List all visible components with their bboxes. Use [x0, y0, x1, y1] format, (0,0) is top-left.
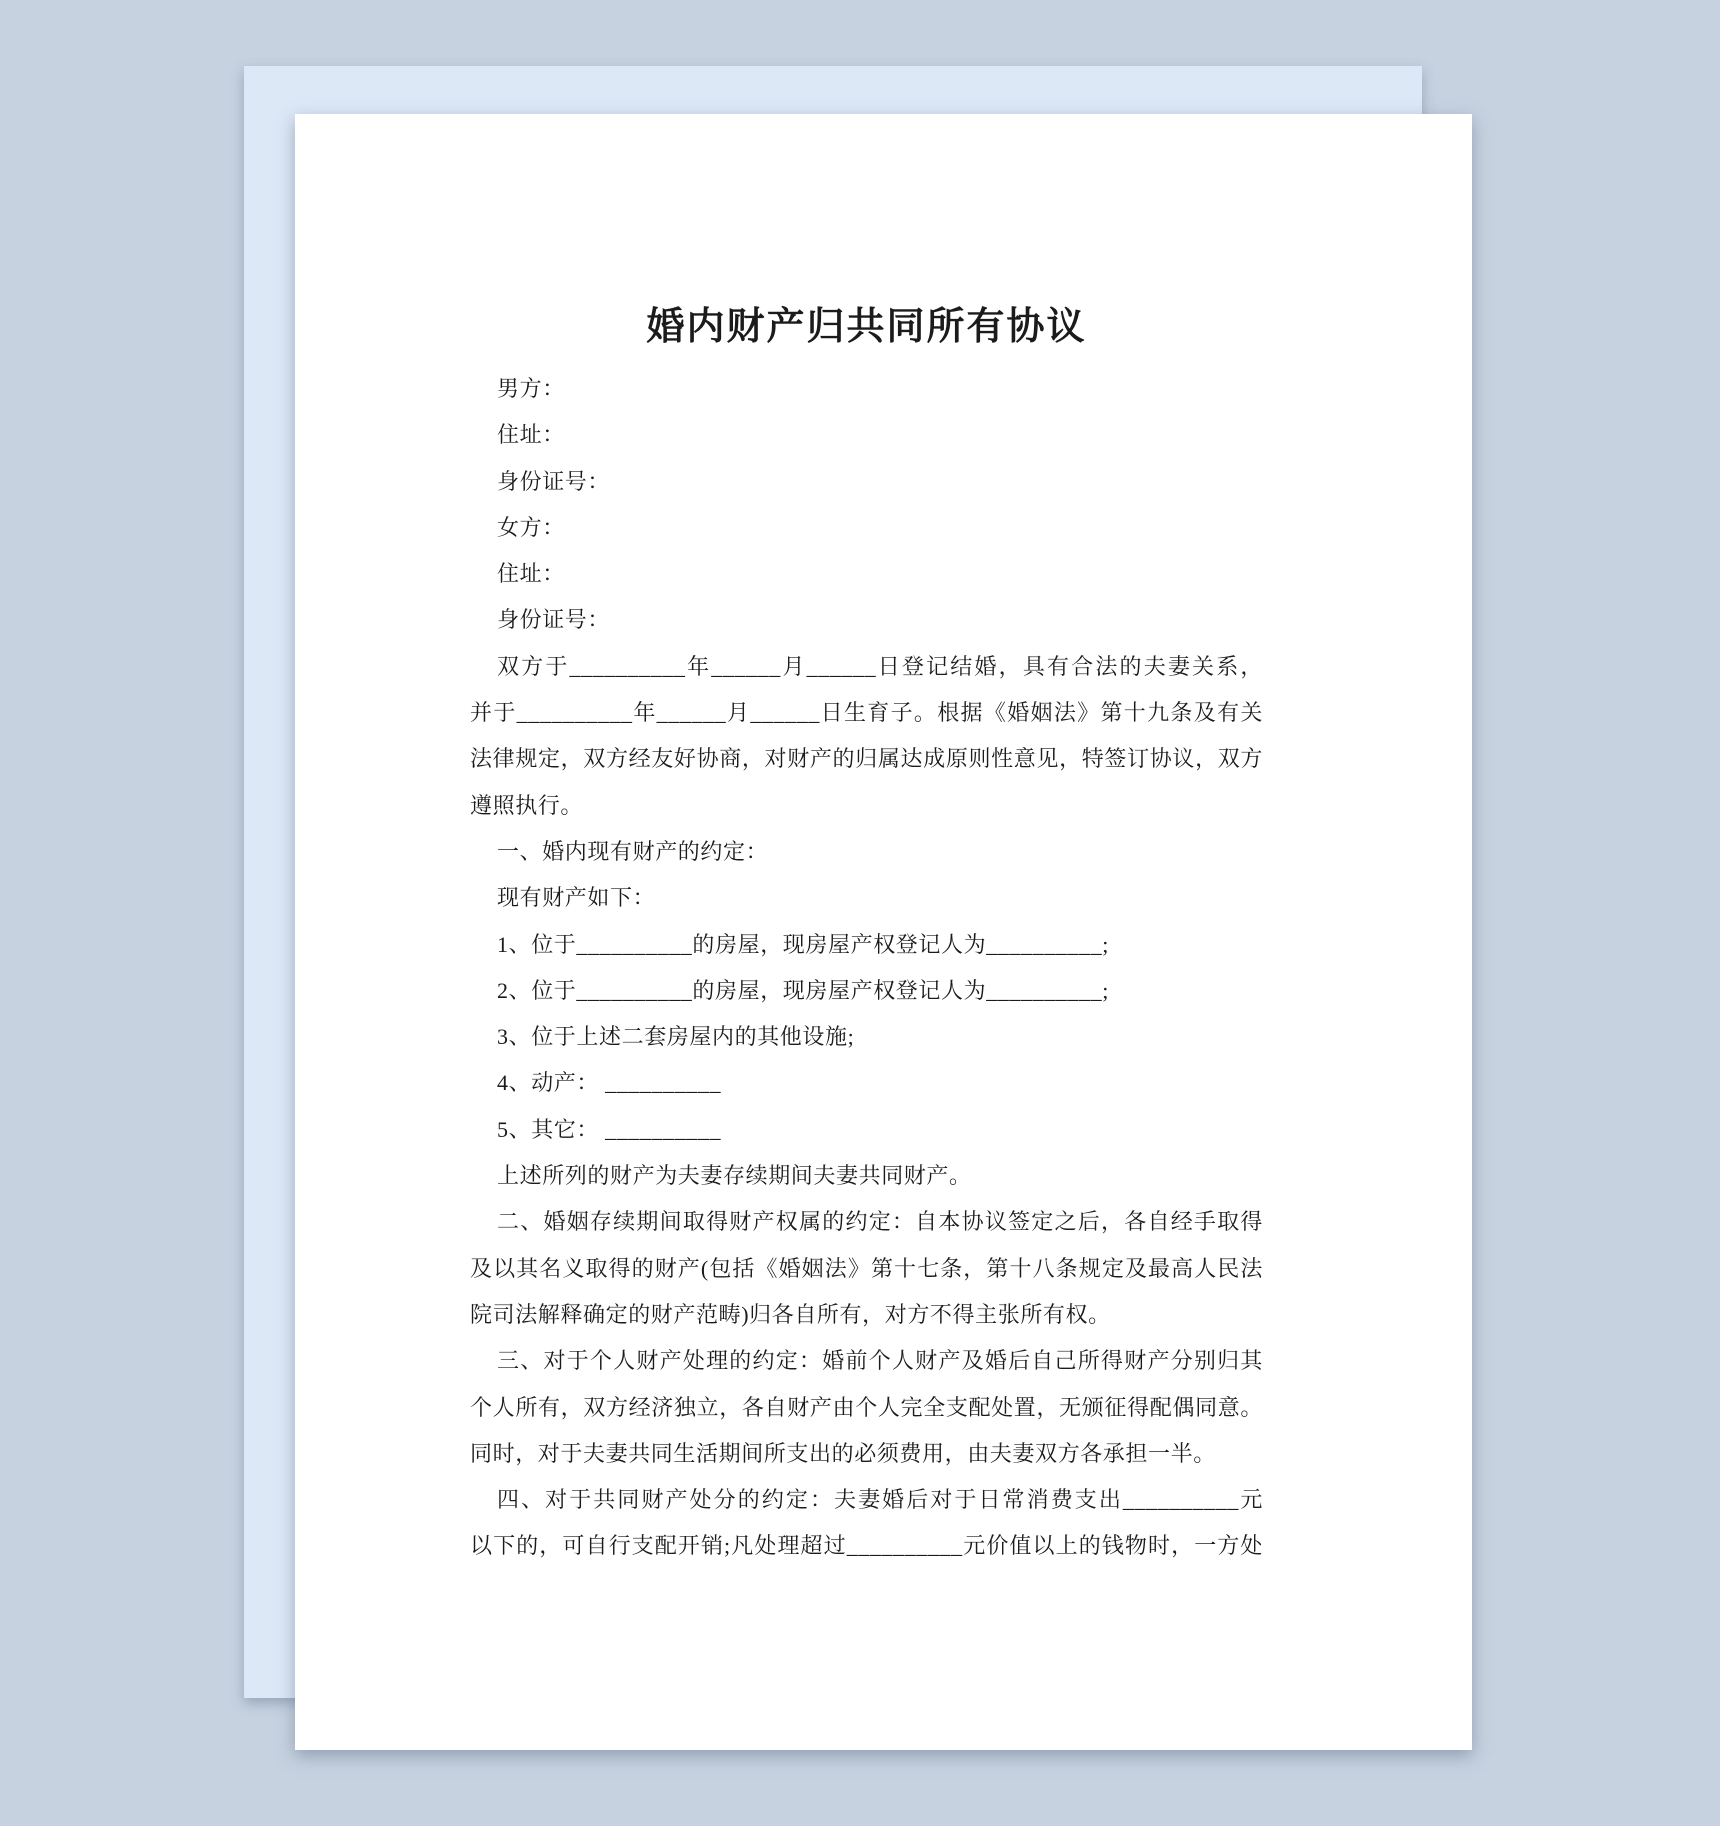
document-line: 身份证号：: [470, 459, 1263, 505]
document-line: 二、婚姻存续期间取得财产权属的约定：自本协议签定之后，各自经手取得: [470, 1199, 1263, 1245]
document-line: 个人所有，双方经济独立，各自财产由个人完全支配处置，无颁征得配偶同意。: [470, 1385, 1263, 1431]
document-line: 三、对于个人财产处理的约定：婚前个人财产及婚后自己所得财产分别归其: [470, 1338, 1263, 1384]
document-line: 上述所列的财产为夫妻存续期间夫妻共同财产。: [470, 1153, 1263, 1199]
document-line: 2、位于__________的房屋，现房屋产权登记人为__________;: [470, 968, 1263, 1014]
document-line: 3、位于上述二套房屋内的其他设施;: [470, 1014, 1263, 1060]
document-line: 一、婚内现有财产的约定：: [470, 829, 1263, 875]
desktop-backdrop: 婚内财产归共同所有协议 男方：住址：身份证号：女方：住址：身份证号：双方于___…: [0, 0, 1720, 1826]
document-line: 身份证号：: [470, 597, 1263, 643]
document-line: 及以其名义取得的财产(包括《婚姻法》第十七条，第十八条规定及最高人民法: [470, 1246, 1263, 1292]
document-line: 4、动产： __________: [470, 1060, 1263, 1106]
document-line: 同时，对于夫妻共同生活期间所支出的必须费用，由夫妻双方各承担一半。: [470, 1431, 1263, 1477]
document-line: 5、其它： __________: [470, 1107, 1263, 1153]
document-title: 婚内财产归共同所有协议: [470, 303, 1263, 351]
document-line: 并于__________年______月______日生育子。根据《婚姻法》第十…: [470, 690, 1263, 736]
document-line: 现有财产如下：: [470, 875, 1263, 921]
document-line: 遵照执行。: [470, 783, 1263, 829]
document-page: 婚内财产归共同所有协议 男方：住址：身份证号：女方：住址：身份证号：双方于___…: [295, 114, 1472, 1750]
document-line: 住址：: [470, 551, 1263, 597]
document-line: 女方：: [470, 505, 1263, 551]
document-line: 以下的，可自行支配开销;凡处理超过__________元价值以上的钱物时，一方处: [470, 1523, 1263, 1569]
document-line: 1、位于__________的房屋，现房屋产权登记人为__________;: [470, 922, 1263, 968]
document-line: 双方于__________年______月______日登记结婚，具有合法的夫妻…: [470, 644, 1263, 690]
document-content: 婚内财产归共同所有协议 男方：住址：身份证号：女方：住址：身份证号：双方于___…: [470, 114, 1263, 1570]
document-line: 院司法解释确定的财产范畴)归各自所有，对方不得主张所有权。: [470, 1292, 1263, 1338]
document-line: 法律规定，双方经友好协商，对财产的归属达成原则性意见，特签订协议，双方: [470, 736, 1263, 782]
document-line: 四、对于共同财产处分的约定：夫妻婚后对于日常消费支出__________元: [470, 1477, 1263, 1523]
document-body: 男方：住址：身份证号：女方：住址：身份证号：双方于__________年____…: [470, 366, 1263, 1570]
document-line: 住址：: [470, 412, 1263, 458]
document-line: 男方：: [470, 366, 1263, 412]
